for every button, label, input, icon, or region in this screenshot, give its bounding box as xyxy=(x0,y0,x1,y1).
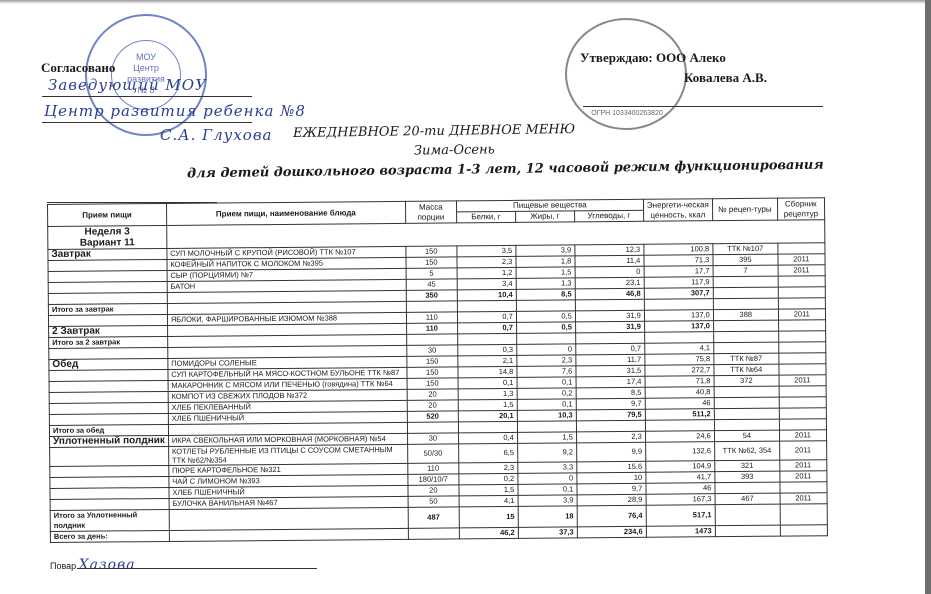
cell-energy: 511,2 xyxy=(645,409,714,421)
cell-mass: 50/30 xyxy=(407,444,458,463)
cell-recipe: ТТК №107 xyxy=(713,243,778,255)
cell-collection: 2011 xyxy=(778,254,825,265)
cell-energy: 517,1 xyxy=(646,505,715,527)
cell-protein: 0,7 xyxy=(457,311,516,323)
cell-energy: 137,0 xyxy=(644,310,713,322)
cell-recipe: 372 xyxy=(714,375,779,387)
cell-recipe xyxy=(715,525,780,537)
cell-protein: 0,7 xyxy=(457,322,516,334)
cell-mass xyxy=(408,528,459,539)
cell-carbs: 0,7 xyxy=(576,343,645,355)
cell-collection xyxy=(780,525,827,536)
cell-energy xyxy=(645,420,714,432)
cell-mass: 150 xyxy=(407,378,458,389)
cell-collection: 2011 xyxy=(779,430,826,441)
cell-energy xyxy=(644,332,713,344)
cell-protein: 2,3 xyxy=(457,256,516,268)
cell-carbs: 9,9 xyxy=(576,442,645,462)
cell-carbs: 31,5 xyxy=(576,365,645,377)
cell-fat: 3,9 xyxy=(516,245,575,257)
cell-collection xyxy=(778,298,825,309)
cell-collection xyxy=(778,287,825,298)
cell-mass xyxy=(406,334,457,345)
cook-line: Повар Хазова xyxy=(50,557,136,573)
cell-dish xyxy=(169,507,408,530)
cell-protein xyxy=(458,421,517,433)
cell-energy: 167,3 xyxy=(646,494,715,506)
cell-energy: 40,8 xyxy=(645,387,714,399)
cell-collection: 2011 xyxy=(778,265,825,276)
cell-fat: 0,2 xyxy=(517,388,576,400)
cell-mass: 110 xyxy=(408,463,459,474)
cell-carbs: 2,3 xyxy=(576,431,645,443)
cell-meal: Уплотненный полдник xyxy=(50,435,169,447)
cell-protein: 15 xyxy=(459,506,518,528)
cell-fat: 0,5 xyxy=(516,311,575,323)
cell-collection xyxy=(778,320,825,331)
cell-recipe xyxy=(713,320,778,332)
cell-fat: 3,3 xyxy=(518,462,577,474)
menu-subtitle: для детей дошкольного возраста 1-3 лет, … xyxy=(187,158,824,182)
cell-fat: 2,3 xyxy=(517,355,576,367)
cell-carbs: 8,5 xyxy=(576,387,645,399)
cell-carbs xyxy=(575,332,644,344)
cell-protein: 3,4 xyxy=(457,278,516,290)
cell-protein: 0,3 xyxy=(458,344,517,356)
cell-mass: 110 xyxy=(406,312,457,323)
cell-fat: 7,6 xyxy=(517,366,576,378)
cook-signature: Хазова xyxy=(79,557,136,573)
signature-underline xyxy=(42,96,252,97)
cell-collection xyxy=(778,276,825,287)
cell-energy: 71,3 xyxy=(644,255,713,267)
cell-carbs: 28,9 xyxy=(577,494,646,506)
cell-meal xyxy=(50,446,169,466)
cell-collection xyxy=(779,386,826,397)
cell-recipe xyxy=(714,419,779,431)
cell-energy: 117,9 xyxy=(644,277,713,289)
cell-recipe: ТТК №87 xyxy=(714,353,779,365)
menu-season: Зима-Осень xyxy=(414,142,495,158)
cell-protein: 46,2 xyxy=(459,527,518,539)
cell-carbs: 15,6 xyxy=(577,461,646,473)
cell-energy: 1473 xyxy=(646,526,715,538)
cell-energy: 46 xyxy=(645,398,714,410)
cell-energy xyxy=(644,299,713,311)
cell-carbs: 10 xyxy=(577,472,646,484)
cell-collection: 2011 xyxy=(780,460,827,471)
cell-mass xyxy=(407,422,458,433)
approve-name: Ковалева А.В. xyxy=(684,70,767,86)
cell-mass: 45 xyxy=(406,279,457,290)
cell-carbs: 12,3 xyxy=(575,244,644,256)
week-label: Неделя 3 xyxy=(84,226,129,237)
cell-energy: 17,7 xyxy=(644,266,713,278)
cell-recipe: 7 xyxy=(713,265,778,277)
cell-recipe: 54 xyxy=(714,430,779,442)
cell-protein: 1,5 xyxy=(458,399,517,411)
cell-carbs xyxy=(575,299,644,311)
cell-mass: 487 xyxy=(408,507,459,528)
col-mass: Масса порции xyxy=(405,201,456,223)
cell-dish: КОТЛЕТЫ РУБЛЕННЫЕ ИЗ ПТИЦЫ С СОУСОМ СМЕТ… xyxy=(168,444,407,465)
cell-protein: 2,3 xyxy=(459,462,518,474)
cell-mass: 350 xyxy=(406,290,457,301)
cell-fat xyxy=(516,333,575,345)
col-fat: Жиры, г xyxy=(515,211,574,223)
cell-recipe: ТТК №64 xyxy=(714,364,779,376)
cell-mass: 520 xyxy=(407,411,458,422)
agreed-label: Согласовано xyxy=(41,60,115,76)
right-stamp-text: ОГРН 1033400263820 xyxy=(577,108,677,119)
cell-collection: 2011 xyxy=(778,309,825,320)
cell-fat xyxy=(516,300,575,312)
cell-fat: 9,2 xyxy=(517,443,576,463)
cell-mass: 30 xyxy=(407,345,458,356)
cell-fat: 0,1 xyxy=(518,484,577,496)
cook-underline xyxy=(77,568,317,569)
cell-collection xyxy=(778,243,825,254)
cell-fat: 0 xyxy=(518,473,577,485)
cell-recipe: 393 xyxy=(715,471,780,483)
cell-meal: Итого за Уплотненный полдник xyxy=(50,509,169,531)
cell-collection: 2011 xyxy=(779,441,826,460)
cell-protein: 6,5 xyxy=(458,443,517,463)
cell-collection xyxy=(779,364,826,375)
cell-fat: 10,3 xyxy=(517,410,576,422)
cell-collection xyxy=(780,482,827,493)
cell-energy: 307,7 xyxy=(644,288,713,300)
agreed-signature-name: С.А. Глухова xyxy=(160,126,273,144)
cell-collection: 2011 xyxy=(780,471,827,482)
cell-fat xyxy=(517,421,576,433)
cell-recipe: 467 xyxy=(715,493,780,505)
cell-recipe xyxy=(715,482,780,494)
cell-recipe xyxy=(714,386,779,398)
agreed-signature-line2: Центр развития ребенка №8 xyxy=(44,102,306,120)
cell-collection xyxy=(779,408,826,419)
signature-underline xyxy=(42,122,252,123)
cell-recipe: 321 xyxy=(715,460,780,472)
cell-collection: 2011 xyxy=(780,493,827,504)
cell-protein: 4,1 xyxy=(459,495,518,507)
cell-carbs: 11,7 xyxy=(576,354,645,366)
cell-collection xyxy=(778,331,825,342)
cell-carbs: 234,6 xyxy=(577,526,646,538)
cell-protein xyxy=(457,333,516,345)
cell-carbs: 46,8 xyxy=(575,288,644,300)
cell-carbs: 79,5 xyxy=(576,409,645,421)
approve-label: Утверждаю: ООО Алеко xyxy=(580,50,726,66)
cell-carbs: 9,7 xyxy=(577,483,646,495)
cell-fat: 1,3 xyxy=(516,278,575,290)
cell-recipe xyxy=(713,331,778,343)
menu-title: ЕЖЕДНЕВНОЕ 20-ти ДНЕВНОЕ МЕНЮ xyxy=(293,122,575,141)
cell-carbs: 76,4 xyxy=(577,505,646,527)
cell-protein: 2,1 xyxy=(458,355,517,367)
cell-energy: 41,7 xyxy=(646,472,715,484)
cell-energy: 272,7 xyxy=(645,365,714,377)
cell-carbs: 11,4 xyxy=(575,255,644,267)
col-energy: Энергети-ческая ценность, ккал xyxy=(643,199,712,222)
cell-mass: 50 xyxy=(408,496,459,507)
cell-carbs: 23,1 xyxy=(575,277,644,289)
cell-carbs xyxy=(576,420,645,432)
cell-collection: 2011 xyxy=(779,375,826,386)
header-row: Прием пищи Прием пищи, наименование блюд… xyxy=(48,198,825,216)
cell-energy: 132,6 xyxy=(645,442,714,462)
cell-collection xyxy=(779,419,826,430)
cell-recipe xyxy=(713,276,778,288)
cell-protein: 1,3 xyxy=(458,388,517,400)
cell-fat: 0,5 xyxy=(516,322,575,334)
cell-recipe xyxy=(715,504,780,526)
cell-fat: 1,5 xyxy=(516,267,575,279)
cell-energy: 75,8 xyxy=(645,354,714,366)
col-recipe: № рецеп-туры xyxy=(712,198,777,221)
cell-mass xyxy=(406,301,457,312)
cell-recipe xyxy=(713,287,778,299)
cell-mass: 20 xyxy=(407,389,458,400)
cell-protein: 20,1 xyxy=(458,410,517,422)
cell-recipe xyxy=(714,397,779,409)
col-meal: Прием пищи xyxy=(48,203,167,226)
cell-mass: 110 xyxy=(406,323,457,334)
cell-collection xyxy=(779,353,826,364)
cell-protein: 0,1 xyxy=(458,377,517,389)
cell-mass: 180/10/7 xyxy=(408,474,459,485)
cell-collection xyxy=(779,397,826,408)
approve-underline xyxy=(583,106,823,107)
cell-mass: 20 xyxy=(407,400,458,411)
cell-fat: 8,5 xyxy=(516,289,575,301)
cell-fat: 37,3 xyxy=(518,527,577,539)
col-protein: Белки, г xyxy=(456,211,515,223)
cell-dish xyxy=(169,528,408,541)
cell-recipe: ТТК №62, 354 xyxy=(714,441,779,461)
cell-mass: 150 xyxy=(406,257,457,268)
cell-recipe: 388 xyxy=(713,309,778,321)
cook-label: Повар xyxy=(50,561,76,571)
cell-fat: 3,9 xyxy=(518,495,577,507)
cell-protein: 1,2 xyxy=(457,267,516,279)
cell-protein xyxy=(457,300,516,312)
cell-fat: 1,5 xyxy=(517,432,576,444)
col-collection: Сборник рецептур xyxy=(777,198,824,220)
cell-energy: 104,9 xyxy=(646,461,715,473)
cell-protein: 0,2 xyxy=(459,473,518,485)
cell-mass: 30 xyxy=(407,433,458,444)
week-variant: Неделя 3 Вариант 11 xyxy=(48,225,167,249)
cell-collection xyxy=(779,342,826,353)
cell-recipe xyxy=(714,408,779,420)
cell-mass: 150 xyxy=(407,367,458,378)
cell-protein: 14,8 xyxy=(458,366,517,378)
cell-protein: 3,5 xyxy=(457,245,516,257)
cell-meal: Всего за день: xyxy=(50,530,169,542)
col-carbs: Углеводы, г xyxy=(574,210,643,222)
cell-fat: 18 xyxy=(518,506,577,528)
agreed-signature-line1: Заведующий МОУ xyxy=(48,76,207,94)
cell-mass: 5 xyxy=(406,268,457,279)
cell-fat: 0,1 xyxy=(517,377,576,389)
cell-carbs: 31,9 xyxy=(575,321,644,333)
cell-carbs: 0 xyxy=(575,266,644,278)
cell-recipe xyxy=(714,342,779,354)
cell-carbs: 31,9 xyxy=(575,310,644,322)
variant-label: Вариант 11 xyxy=(80,237,135,248)
cell-protein: 10,4 xyxy=(457,289,516,301)
cell-recipe xyxy=(713,298,778,310)
menu-table: Прием пищи Прием пищи, наименование блюд… xyxy=(47,197,828,543)
right-round-stamp: ОГРН 1033400263820 xyxy=(565,18,687,130)
cell-energy: 137,0 xyxy=(644,321,713,333)
cell-mass: 150 xyxy=(406,246,457,257)
cell-recipe: 395 xyxy=(713,254,778,266)
cell-energy: 4,1 xyxy=(645,343,714,355)
col-dish: Прием пищи, наименование блюда xyxy=(166,201,405,225)
cell-protein: 0,4 xyxy=(458,432,517,444)
cell-mass: 150 xyxy=(407,356,458,367)
cell-carbs: 9,7 xyxy=(576,398,645,410)
cell-fat: 0 xyxy=(517,344,576,356)
cell-energy: 24,6 xyxy=(645,431,714,443)
scan-right-edge xyxy=(925,0,931,594)
scan-top-shadow xyxy=(0,0,931,4)
cell-fat: 1,8 xyxy=(516,256,575,268)
cell-energy: 46 xyxy=(646,483,715,495)
cell-carbs: 17,4 xyxy=(576,376,645,388)
cell-energy: 71,8 xyxy=(645,376,714,388)
cell-fat: 0,1 xyxy=(517,399,576,411)
cell-energy: 100,8 xyxy=(644,244,713,256)
cell-mass: 20 xyxy=(408,485,459,496)
cell-protein: 1,5 xyxy=(459,484,518,496)
cell-collection xyxy=(780,504,827,525)
